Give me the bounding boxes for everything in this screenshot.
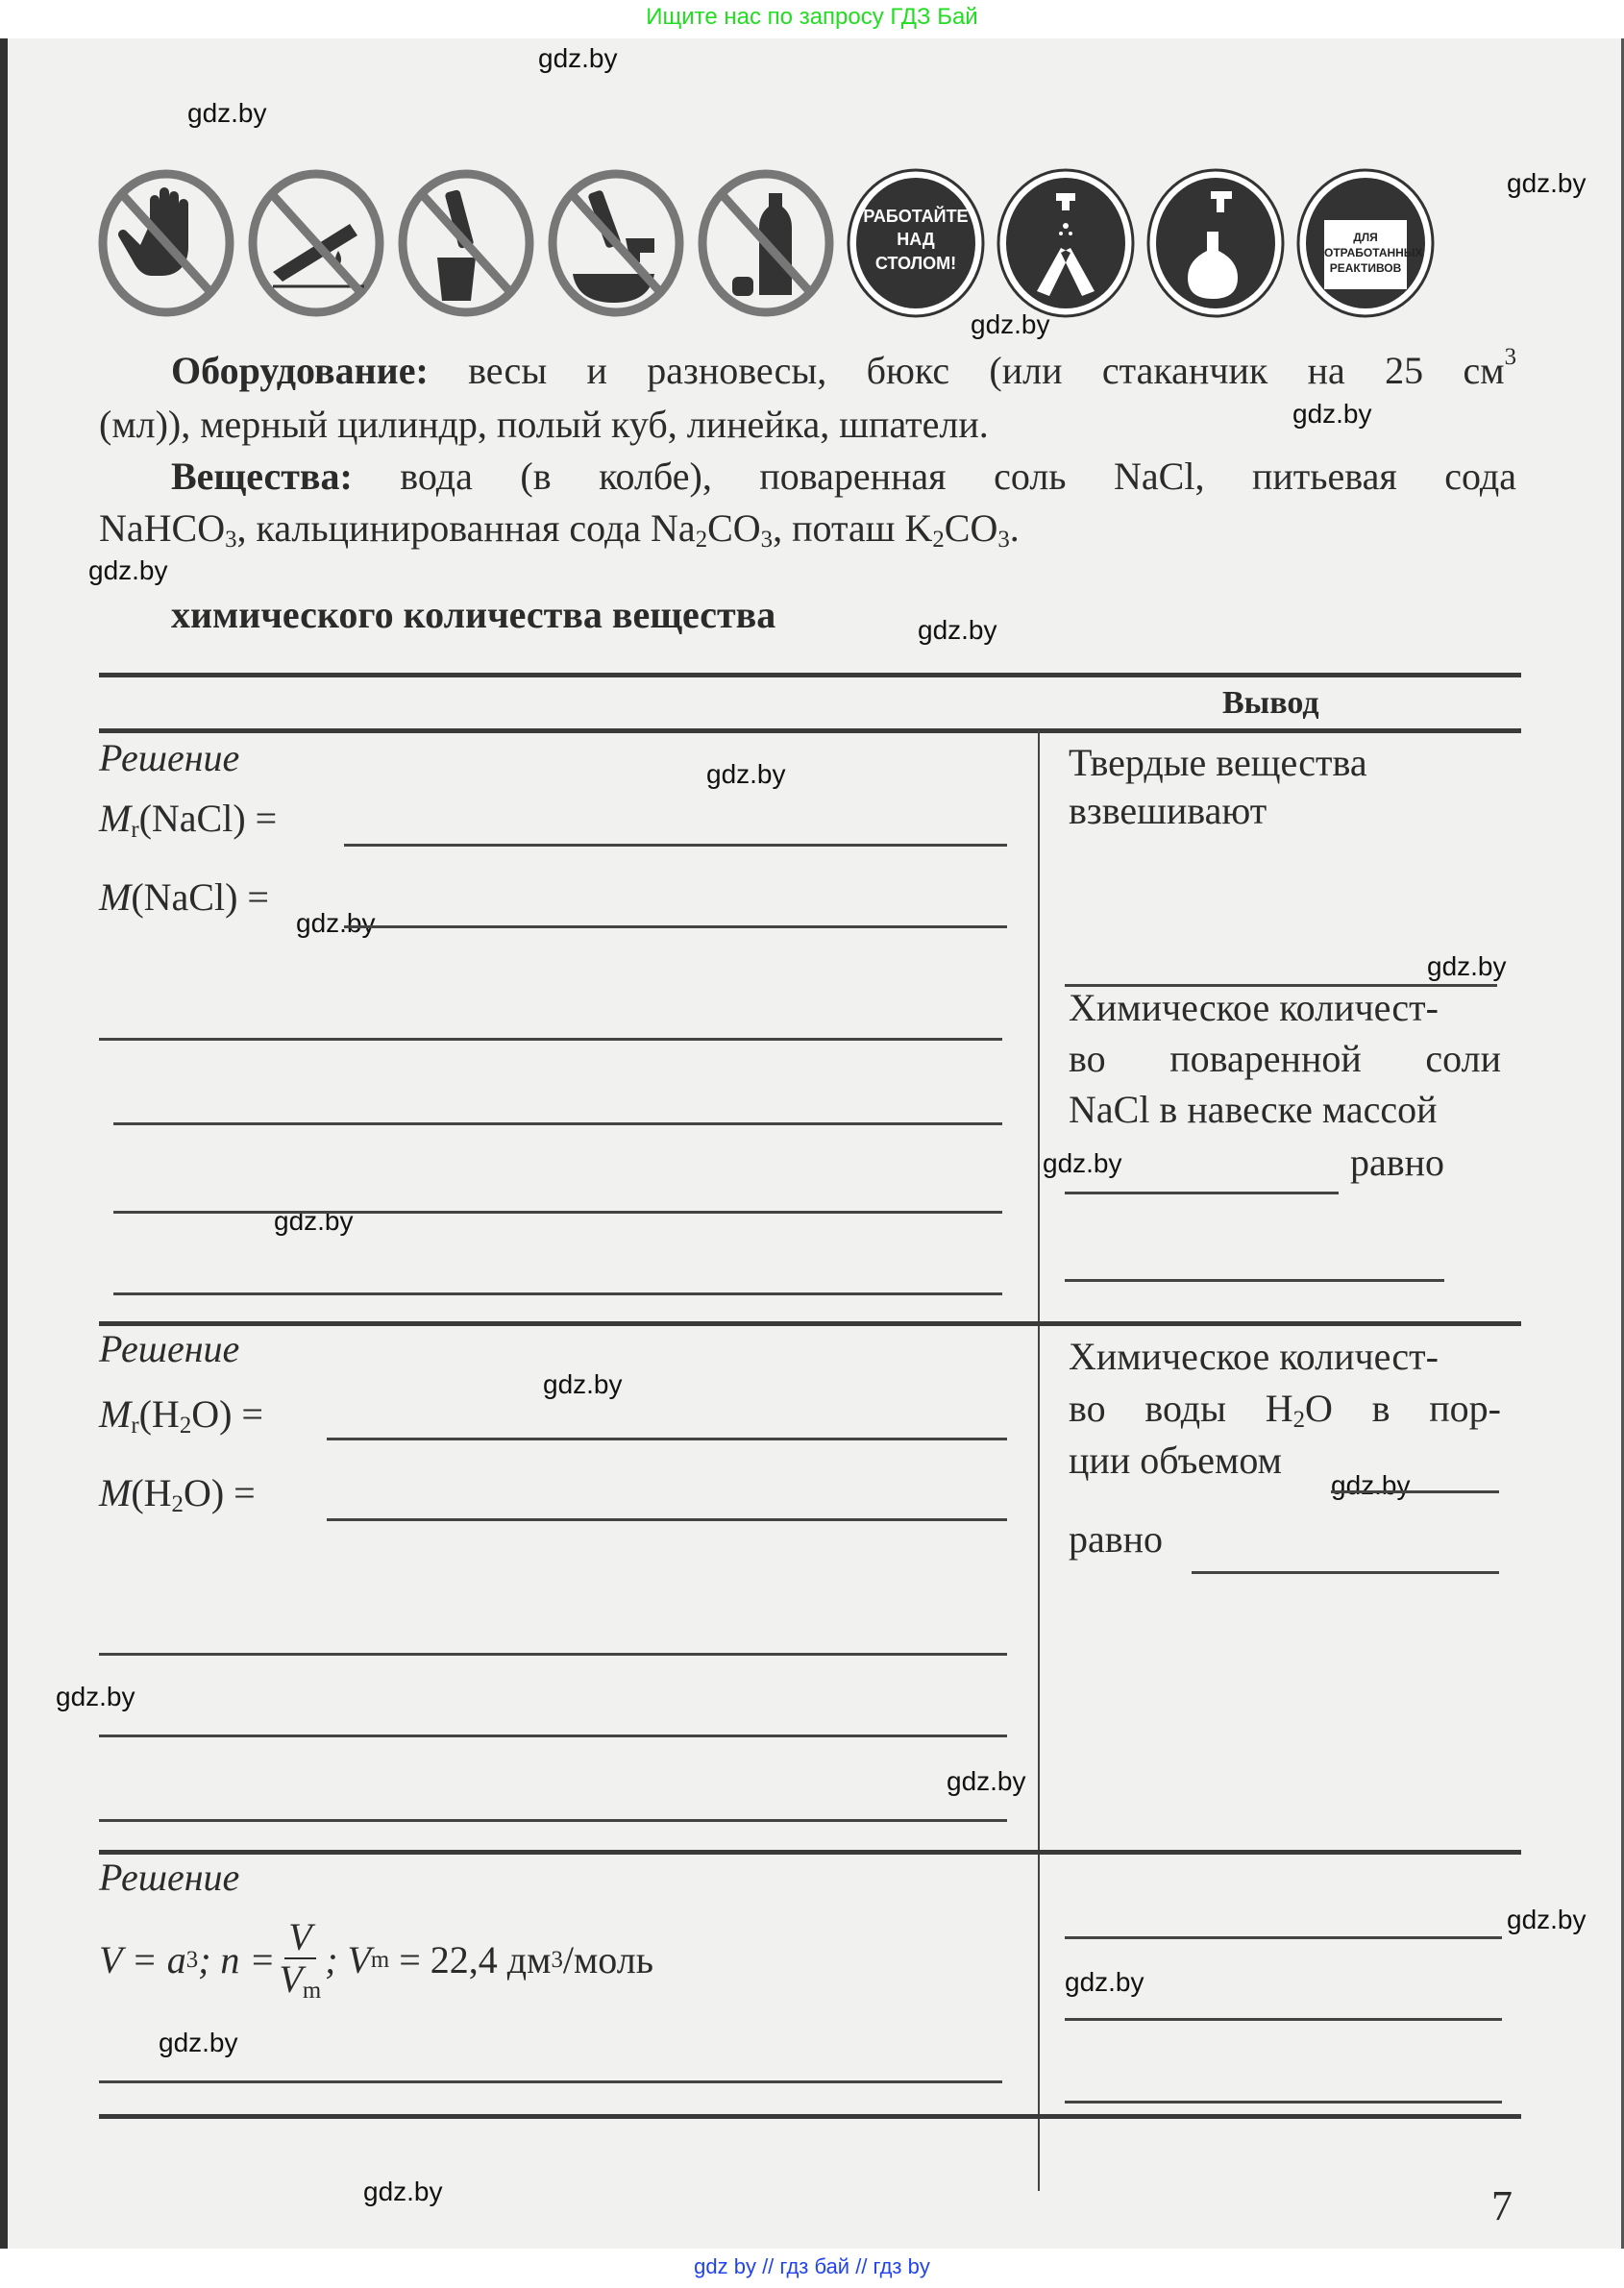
formula-part: NaHCO [99,506,225,550]
answer-line-mr-h2o[interactable] [327,1438,1007,1440]
answer-line[interactable] [1065,1936,1502,1939]
watermark: gdz.by [1507,1905,1587,1935]
fraction-denominator: Vm [279,1959,321,2004]
formula-sub: m [303,1978,321,2004]
formula-part: ; V [325,1937,371,1983]
solution-label-3: Решение [99,1855,239,1901]
watermark: gdz.by [296,908,376,939]
answer-line[interactable] [113,1211,1002,1214]
formula-prefix: M [99,797,131,840]
formula-sub: 3 [225,527,236,553]
answer-line-m-nacl[interactable] [344,925,1007,928]
formula-body: O) = [184,1471,256,1514]
table-bottom-rule [99,2114,1521,2119]
work-over-table-label: РАБОТАЙТЕНАДСТОЛОМ! [844,205,988,275]
conclusion-2-line-4: равно [1350,1140,1444,1186]
no-touch-hand-icon [94,166,238,320]
formula-prefix: M [99,1392,131,1436]
substances-line-2: NaHCO3, кальцинированная сода Na2CO3, по… [99,505,1521,554]
watermark: gdz.by [1065,1967,1144,1998]
formula-part: CO [945,506,998,550]
conclusion-3-line-1: Химическое количест- [1069,1334,1439,1380]
formula-sub: 3 [761,527,773,553]
section-rule [99,1321,1521,1326]
equipment-sup: 3 [1505,344,1516,370]
conclusion-1-line-1: Твердые вещества [1069,740,1367,786]
formula-sub: 2 [932,527,944,553]
conclusion-2-line-3: NaCl в навеске массой [1069,1087,1438,1133]
watermark: gdz.by [363,2177,443,2207]
work-over-table-icon: РАБОТАЙТЕНАДСТОЛОМ! [844,166,988,320]
substances-label: Вещества: [171,455,353,498]
answer-line-mr-nacl[interactable] [344,844,1007,847]
formula-prefix: M [99,875,131,919]
formula-part: . [1010,506,1020,550]
no-taste-icon [244,166,388,320]
no-unlabeled-bottles-icon [694,166,838,320]
formula-sub: 2 [696,527,707,553]
conclusion-1-line-2: взвешивают [1069,788,1267,834]
section-heading: химического количества вещества [171,592,775,638]
watermark: gdz.by [1427,951,1507,982]
formula-sub: 2 [172,1491,184,1517]
formula-body: (H [131,1471,171,1514]
text-part: O в пор- [1305,1387,1501,1430]
watermark: gdz.by [538,43,618,74]
formula-part: V [279,1957,302,2001]
formula-part: , кальцинированная сода Na [237,506,696,550]
watermark: gdz.by [1331,1470,1411,1501]
waste-reagents-label: ДЛЯОТРАБОТАННЫХРЕАКТИВОВ [1324,230,1407,277]
formula-m-h2o: M(H2O) = [99,1470,256,1519]
no-pour-into-sink-icon [544,166,688,320]
formula-part: ; n = [198,1937,275,1983]
watermark: gdz.by [918,615,997,646]
answer-line[interactable] [99,1734,1007,1737]
table-top-rule [99,673,1521,677]
conclusion-2-line-1: Химическое количест- [1069,985,1439,1031]
waste-reagents-container-icon: ДЛЯОТРАБОТАННЫХРЕАКТИВОВ [1293,166,1438,320]
equipment-line-2: (мл)), мерный цилиндр, полый куб, линейк… [99,402,1521,448]
conclusion-3-line-4: равно [1069,1516,1163,1562]
answer-line-mass[interactable] [1065,1192,1339,1194]
answer-line[interactable] [1065,2101,1502,2103]
no-pour-into-drinking-glass-icon [394,166,538,320]
answer-line[interactable] [1065,2018,1502,2021]
equipment-label: Оборудование: [171,349,429,392]
formula-sub: 3 [997,527,1009,553]
formula-prefix: M [99,1471,131,1514]
fraction: V Vm [279,1917,321,2004]
solution-label-1: Решение [99,735,239,781]
answer-line-volume[interactable] [1331,1490,1499,1493]
formula-body: (NaCl) = [139,797,278,840]
formula-body: (H [139,1392,180,1436]
section-rule [99,1850,1521,1855]
answer-line[interactable] [99,1653,1007,1656]
answer-line[interactable] [99,1819,1007,1822]
watermark: gdz.by [1507,168,1587,199]
answer-line[interactable] [113,1122,1002,1125]
watermark: gdz.by [947,1766,1026,1797]
answer-line[interactable] [113,1292,1002,1295]
equipment-text-1: весы и разновесы, бюкс (или стаканчик на… [468,349,1504,392]
top-banner[interactable]: Ищите нас по запросу ГДЗ Бай [0,4,1624,31]
safety-icons-row: РАБОТАЙТЕНАДСТОЛОМ! ДЛЯОТРАБОТАННЫХРЕАКТ… [94,161,1507,325]
formula-part: CO [707,506,761,550]
wash-hands-icon [994,166,1138,320]
watermark: gdz.by [56,1682,135,1712]
formula-sub: r [131,817,138,843]
formula-sub: m [371,1946,389,1975]
answer-line-amount[interactable] [1192,1571,1499,1574]
formula-mr-nacl: Mr(NaCl) = [99,796,277,845]
page-number: 7 [1491,2181,1513,2232]
text-part: во воды H [1069,1387,1293,1430]
equipment-line-1: Оборудование: весы и разновесы, бюкс (ил… [171,348,1516,394]
conclusion-header: Вывод [1222,684,1319,724]
substances-text-1: вода (в колбе), поваренная соль NaCl, пи… [400,455,1516,498]
substances-line-1: Вещества: вода (в колбе), поваренная сол… [171,454,1516,500]
watermark: gdz.by [1043,1148,1122,1179]
formula-volume: V = a3 ; n = V Vm ; Vm = 22,4 дм3/моль [99,1917,653,2004]
answer-line-amount[interactable] [1065,1279,1444,1282]
watermark: gdz.by [706,759,786,790]
formula-part: V = a [99,1937,186,1983]
conclusion-3-line-2: во воды H2O в пор- [1069,1386,1501,1435]
bottom-banner[interactable]: gdz by // гдз бай // гдз by [0,2254,1624,2279]
answer-line[interactable] [99,1038,1002,1041]
formula-m-nacl: M(NaCl) = [99,874,269,921]
formula-body: (NaCl) = [131,875,269,919]
formula-sub: 2 [180,1413,191,1439]
solution-label-2: Решение [99,1326,239,1372]
column-divider [1038,730,1040,2191]
watermark: gdz.by [543,1369,623,1400]
formula-sub: r [131,1413,138,1439]
formula-mr-h2o: Mr(H2O) = [99,1391,263,1440]
conclusion-3-line-3: ции объемом [1069,1438,1282,1484]
watermark: gdz.by [88,555,168,586]
answer-line-m-h2o[interactable] [327,1518,1007,1521]
conclusion-2-line-2: во поваренной соли [1069,1036,1501,1082]
formula-part: = 22,4 дм [389,1937,551,1983]
formula-sub: 2 [1293,1407,1305,1433]
formula-body: O) = [191,1392,263,1436]
formula-part: , поташ K [773,506,932,550]
answer-line[interactable] [99,2080,1002,2083]
wash-flask-icon [1144,166,1288,320]
watermark: gdz.by [159,2028,238,2058]
table-header-rule [99,728,1521,733]
formula-part: /моль [563,1937,653,1983]
watermark: gdz.by [187,98,267,129]
fraction-numerator: V [284,1917,315,1959]
